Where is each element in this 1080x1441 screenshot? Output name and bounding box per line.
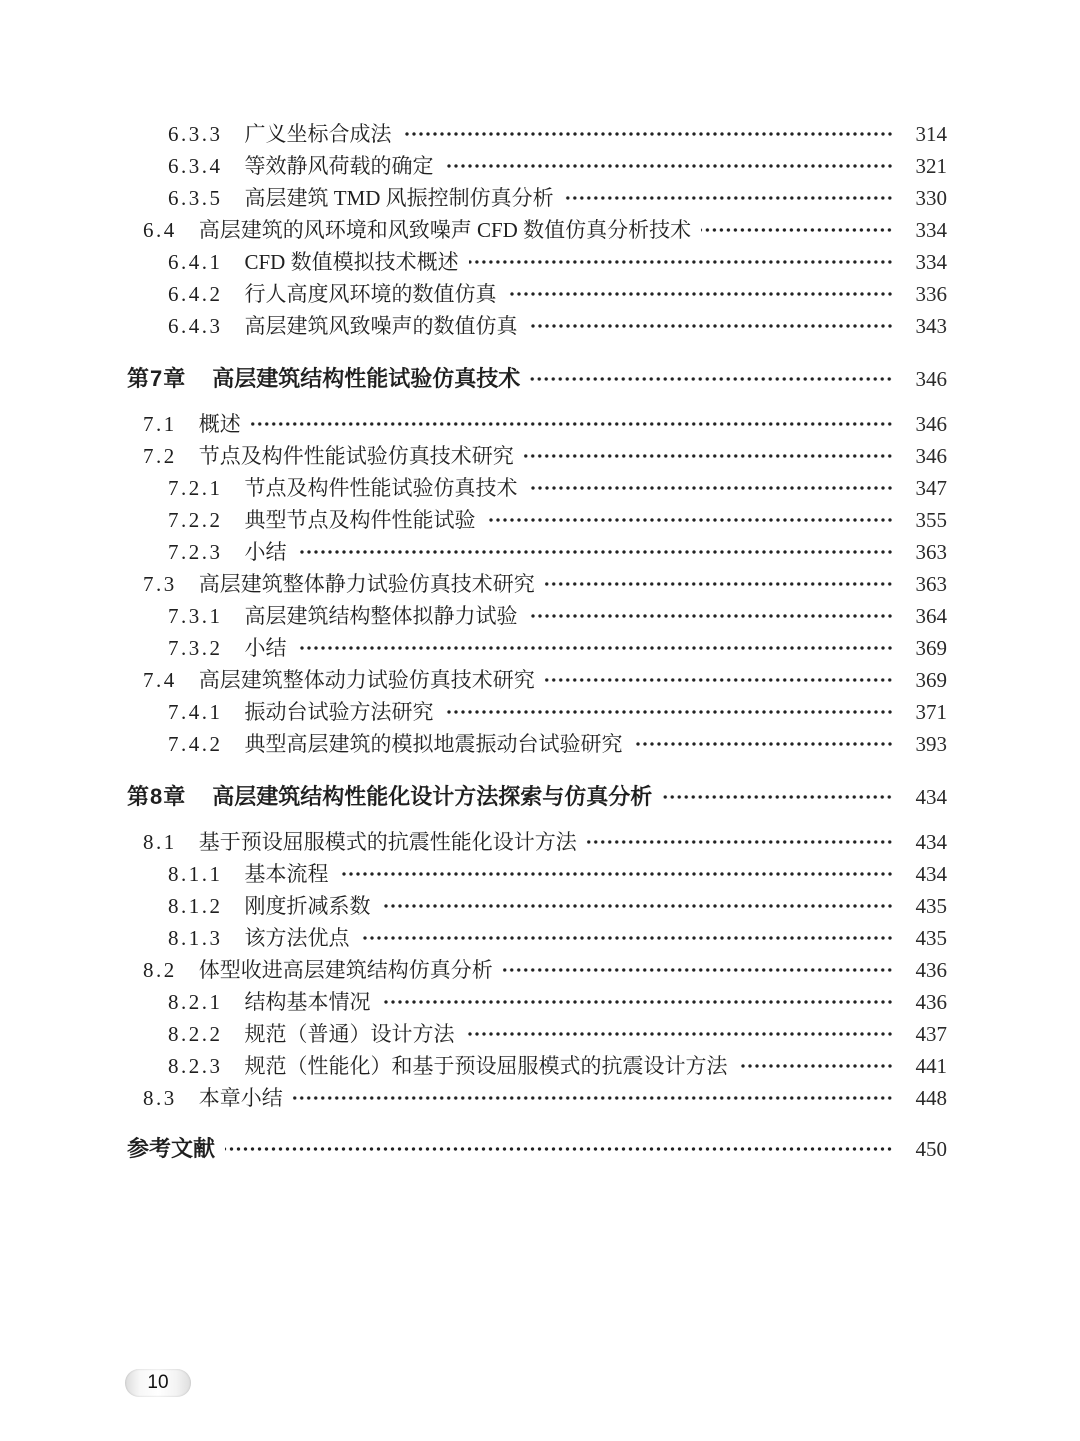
toc-entry-page: 334 [905,214,947,246]
toc-entry-title: 高层建筑结构整体拟静力试验 [245,600,518,632]
toc-entry-title: 结构基本情况 [245,986,371,1018]
dot-leader [251,419,893,429]
toc-entry-number: 第8章 [127,778,186,816]
toc-entry-number: 8.1 [143,826,177,858]
toc-entry-title: 体型收进高层建筑结构仿真分析 [199,954,493,986]
toc-entry-title: 节点及构件性能试验仿真技术研究 [199,440,514,472]
toc-entry-l3: 6.4.2 行人高度风环境的数值仿真 336 [127,278,947,310]
toc-entry-number: 8.2.2 [168,1018,223,1050]
toc-entry-page: 363 [905,536,947,568]
toc-entry-l2: 8.3 本章小结 448 [127,1082,947,1114]
toc-entry-page: 436 [905,954,947,986]
toc-entry-number: 7.2.1 [168,472,223,504]
dot-leader [524,451,893,461]
toc-entry-page: 434 [905,826,947,858]
toc-entry-page: 347 [905,472,947,504]
toc-entry-title: 刚度折减系数 [245,890,371,922]
toc-entry-page: 441 [905,1050,947,1082]
toc-entry-l2: 7.4 高层建筑整体动力试验仿真技术研究 369 [127,664,947,696]
dot-leader [530,374,893,384]
dot-leader [381,901,894,911]
toc-entry-page: 346 [905,408,947,440]
dot-leader [564,193,893,203]
toc-entry-l2: 8.1 基于预设屈服模式的抗震性能化设计方法 434 [127,826,947,858]
page-number-badge: 10 [125,1369,191,1397]
toc-entry-title: 概述 [199,408,241,440]
toc-entry-number: 7.3.2 [168,632,223,664]
toc-entry-page: 450 [905,1130,947,1168]
toc-entry-title: 振动台试验方法研究 [245,696,434,728]
dot-leader [293,1093,893,1103]
toc-entry-page: 435 [905,922,947,954]
toc-entry-chapter: 第7章 高层建筑结构性能试验仿真技术 346 [127,360,947,398]
toc-entry-l2: 6.4 高层建筑的风环境和风致噪声 CFD 数值仿真分析技术 334 [127,214,947,246]
toc-entry-title: 高层建筑结构性能化设计方法探索与仿真分析 [212,778,652,816]
dot-leader [738,1061,894,1071]
toc-entry-number: 6.3.4 [168,150,223,182]
dot-leader [469,257,893,267]
dot-leader [486,515,894,525]
toc-entry-number: 7.4.2 [168,728,223,760]
dot-leader [528,611,894,621]
toc-entry-number: 8.1.2 [168,890,223,922]
toc-entry-l3: 7.4.2 典型高层建筑的模拟地震振动台试验研究 393 [127,728,947,760]
dot-leader [381,997,894,1007]
toc-entry-page: 330 [905,182,947,214]
toc-entry-l3: 6.3.3 广义坐标合成法 314 [127,118,947,150]
toc-entry-page: 355 [905,504,947,536]
toc-entry-title: 行人高度风环境的数值仿真 [245,278,497,310]
toc-entry-number: 6.3.5 [168,182,223,214]
dot-leader [297,643,894,653]
toc-entry-l2: 7.2 节点及构件性能试验仿真技术研究 346 [127,440,947,472]
toc-entry-title: 基于预设屈服模式的抗震性能化设计方法 [199,826,577,858]
toc-entry-title: 该方法优点 [245,922,350,954]
toc-entry-l3: 6.4.1 CFD 数值模拟技术概述 334 [127,246,947,278]
dot-leader [662,792,893,802]
toc-entry-title: 本章小结 [199,1082,283,1114]
toc-entry-page: 435 [905,890,947,922]
toc-entry-number: 6.3.3 [168,118,223,150]
toc-list: 6.3.3 广义坐标合成法 314 6.3.4 等效静风荷载的确定 321 6.… [127,118,947,1168]
toc-entry-number: 第7章 [127,360,186,398]
toc-entry-page: 343 [905,310,947,342]
toc-entry-title: 广义坐标合成法 [245,118,392,150]
toc-entry-page: 336 [905,278,947,310]
toc-entry-page: 371 [905,696,947,728]
toc-entry-number: 8.1.3 [168,922,223,954]
toc-entry-l3: 6.3.4 等效静风荷载的确定 321 [127,150,947,182]
toc-entry-title: 高层建筑 TMD 风振控制仿真分析 [245,182,554,214]
dot-leader [444,161,894,171]
toc-entry-number: 6.4 [143,214,177,246]
toc-entry-page: 321 [905,150,947,182]
dot-leader [503,965,893,975]
toc-entry-title: 参考文献 [127,1130,215,1168]
toc-entry-number: 8.1.1 [168,858,223,890]
toc-entry-chapter: 第8章 高层建筑结构性能化设计方法探索与仿真分析 434 [127,778,947,816]
toc-entry-title: 规范（普通）设计方法 [245,1018,455,1050]
dot-leader [297,547,894,557]
toc-entry-page: 363 [905,568,947,600]
toc-entry-title: 基本流程 [245,858,329,890]
page-number-label: 10 [147,1372,168,1394]
toc-entry-page: 434 [905,778,947,816]
toc-entry-title: 高层建筑整体动力试验仿真技术研究 [199,664,535,696]
toc-entry-l3: 6.3.5 高层建筑 TMD 风振控制仿真分析 330 [127,182,947,214]
toc-entry-l2: 8.2 体型收进高层建筑结构仿真分析 436 [127,954,947,986]
dot-leader [528,483,894,493]
toc-entry-title: 典型节点及构件性能试验 [245,504,476,536]
toc-entry-l3: 7.2.2 典型节点及构件性能试验 355 [127,504,947,536]
dot-leader [545,675,893,685]
toc-entry-page: 314 [905,118,947,150]
toc-entry-number: 8.2 [143,954,177,986]
toc-entry-l3: 8.1.1 基本流程 434 [127,858,947,890]
toc-entry-page: 364 [905,600,947,632]
dot-leader [402,129,894,139]
dot-leader [339,869,894,879]
dot-leader [225,1144,893,1154]
toc-entry-number: 7.4 [143,664,177,696]
toc-entry-l2: 7.1 概述 346 [127,408,947,440]
toc-entry-title: 小结 [245,632,287,664]
toc-entry-l3: 8.2.3 规范（性能化）和基于预设屈服模式的抗震设计方法 441 [127,1050,947,1082]
toc-entry-title: 高层建筑整体静力试验仿真技术研究 [199,568,535,600]
toc-entry-number: 8.2.1 [168,986,223,1018]
dot-leader [528,321,894,331]
toc-entry-number: 8.2.3 [168,1050,223,1082]
toc-entry-page: 434 [905,858,947,890]
toc-entry-ref: 参考文献 450 [127,1130,947,1168]
toc-entry-number: 7.1 [143,408,177,440]
toc-entry-number: 7.3.1 [168,600,223,632]
toc-entry-title: 典型高层建筑的模拟地震振动台试验研究 [245,728,623,760]
toc-entry-l3: 6.4.3 高层建筑风致噪声的数值仿真 343 [127,310,947,342]
toc-entry-l3: 8.1.3 该方法优点 435 [127,922,947,954]
toc-entry-number: 7.2 [143,440,177,472]
toc-entry-number: 7.4.1 [168,696,223,728]
toc-entry-title: 高层建筑的风环境和风致噪声 CFD 数值仿真分析技术 [199,214,691,246]
dot-leader [587,837,893,847]
toc-entry-l3: 8.2.2 规范（普通）设计方法 437 [127,1018,947,1050]
toc-entry-number: 6.4.2 [168,278,223,310]
dot-leader [465,1029,894,1039]
dot-leader [360,933,894,943]
toc-entry-l3: 8.1.2 刚度折减系数 435 [127,890,947,922]
scanned-toc-page: 6.3.3 广义坐标合成法 314 6.3.4 等效静风荷载的确定 321 6.… [0,0,1080,1441]
toc-entry-l3: 7.2.1 节点及构件性能试验仿真技术 347 [127,472,947,504]
toc-entry-page: 369 [905,632,947,664]
toc-entry-l3: 7.3.2 小结 369 [127,632,947,664]
toc-entry-number: 7.2.3 [168,536,223,568]
toc-entry-title: 小结 [245,536,287,568]
toc-entry-page: 334 [905,246,947,278]
toc-entry-l3: 7.4.1 振动台试验方法研究 371 [127,696,947,728]
toc-entry-l2: 7.3 高层建筑整体静力试验仿真技术研究 363 [127,568,947,600]
toc-entry-page: 437 [905,1018,947,1050]
toc-entry-number: 7.2.2 [168,504,223,536]
toc-entry-number: 7.3 [143,568,177,600]
toc-entry-page: 346 [905,440,947,472]
dot-leader [545,579,893,589]
toc-entry-l3: 8.2.1 结构基本情况 436 [127,986,947,1018]
toc-entry-page: 346 [905,360,947,398]
toc-entry-title: 高层建筑风致噪声的数值仿真 [245,310,518,342]
toc-entry-number: 8.3 [143,1082,177,1114]
toc-entry-l3: 7.2.3 小结 363 [127,536,947,568]
toc-entry-page: 369 [905,664,947,696]
toc-entry-title: 等效静风荷载的确定 [245,150,434,182]
toc-entry-title: 高层建筑结构性能试验仿真技术 [212,360,520,398]
toc-entry-number: 6.4.1 [168,246,223,278]
toc-entry-title: 节点及构件性能试验仿真技术 [245,472,518,504]
toc-entry-number: 6.4.3 [168,310,223,342]
dot-leader [507,289,894,299]
toc-entry-page: 448 [905,1082,947,1114]
toc-entry-l3: 7.3.1 高层建筑结构整体拟静力试验 364 [127,600,947,632]
dot-leader [701,225,893,235]
toc-entry-title: 规范（性能化）和基于预设屈服模式的抗震设计方法 [245,1050,728,1082]
toc-entry-title: CFD 数值模拟技术概述 [245,246,459,278]
toc-entry-page: 393 [905,728,947,760]
toc-entry-page: 436 [905,986,947,1018]
dot-leader [633,739,894,749]
dot-leader [444,707,894,717]
